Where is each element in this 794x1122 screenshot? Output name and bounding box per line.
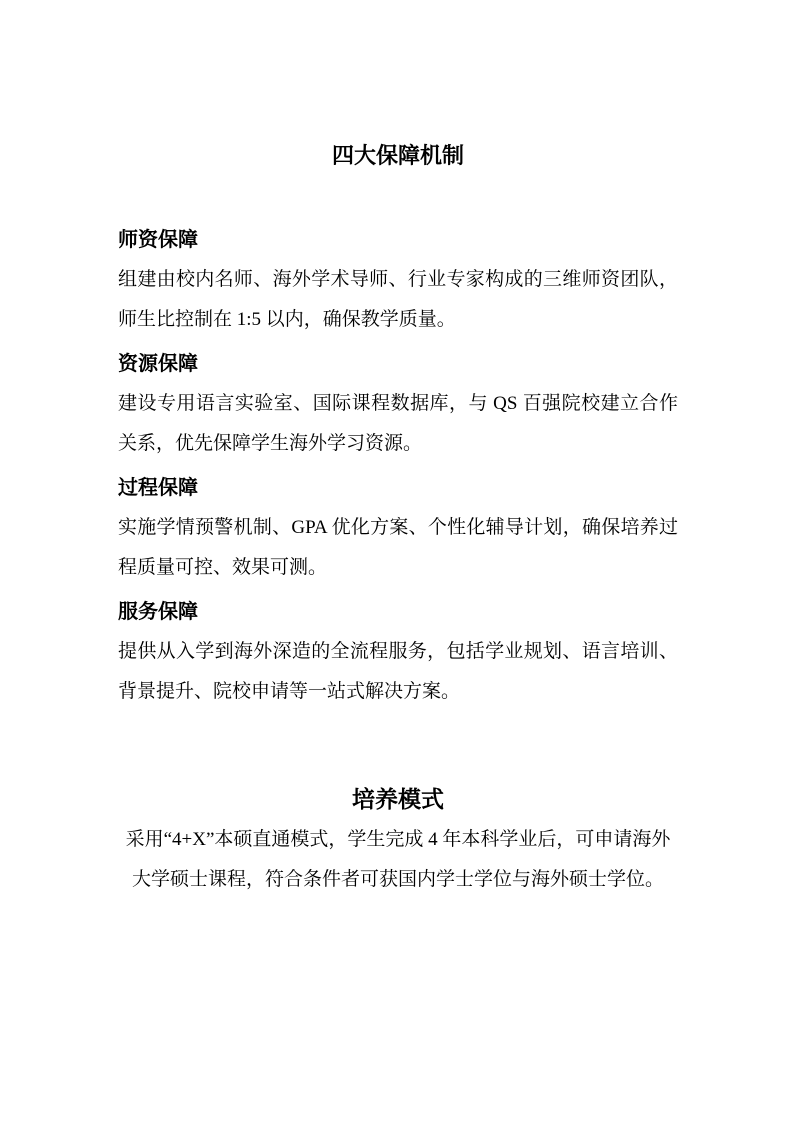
section-paragraph: 组建由校内名师、海外学术导师、行业专家构成的三维师资团队，师生比控制在 1:5 … [118,260,678,340]
section-paragraph: 建设专用语言实验室、国际课程数据库，与 QS 百强院校建立合作关系，优先保障学生… [118,384,678,464]
guarantee-section: 资源保障 建设专用语言实验室、国际课程数据库，与 QS 百强院校建立合作关系，优… [118,344,678,464]
section-heading: 资源保障 [118,344,678,384]
guarantee-section: 师资保障 组建由校内名师、海外学术导师、行业专家构成的三维师资团队，师生比控制在… [118,220,678,340]
section-paragraph: 实施学情预警机制、GPA 优化方案、个性化辅导计划，确保培养过程质量可控、效果可… [118,508,678,588]
page-title: 四大保障机制 [118,136,678,176]
guarantee-section: 过程保障 实施学情预警机制、GPA 优化方案、个性化辅导计划，确保培养过程质量可… [118,468,678,588]
guarantee-section: 服务保障 提供从入学到海外深造的全流程服务，包括学业规划、语言培训、背景提升、院… [118,592,678,712]
section-heading: 师资保障 [118,220,678,260]
section-heading: 服务保障 [118,592,678,632]
section-paragraph: 提供从入学到海外深造的全流程服务，包括学业规划、语言培训、背景提升、院校申请等一… [118,632,678,712]
training-mode-title: 培养模式 [118,780,678,820]
section-heading: 过程保障 [118,468,678,508]
document-page: 四大保障机制 师资保障 组建由校内名师、海外学术导师、行业专家构成的三维师资团队… [0,0,794,1122]
training-mode-paragraph: 采用“4+X”本硕直通模式，学生完成 4 年本科学业后，可申请海外大学硕士课程，… [118,820,678,900]
guarantee-sections: 师资保障 组建由校内名师、海外学术导师、行业专家构成的三维师资团队，师生比控制在… [118,220,678,712]
